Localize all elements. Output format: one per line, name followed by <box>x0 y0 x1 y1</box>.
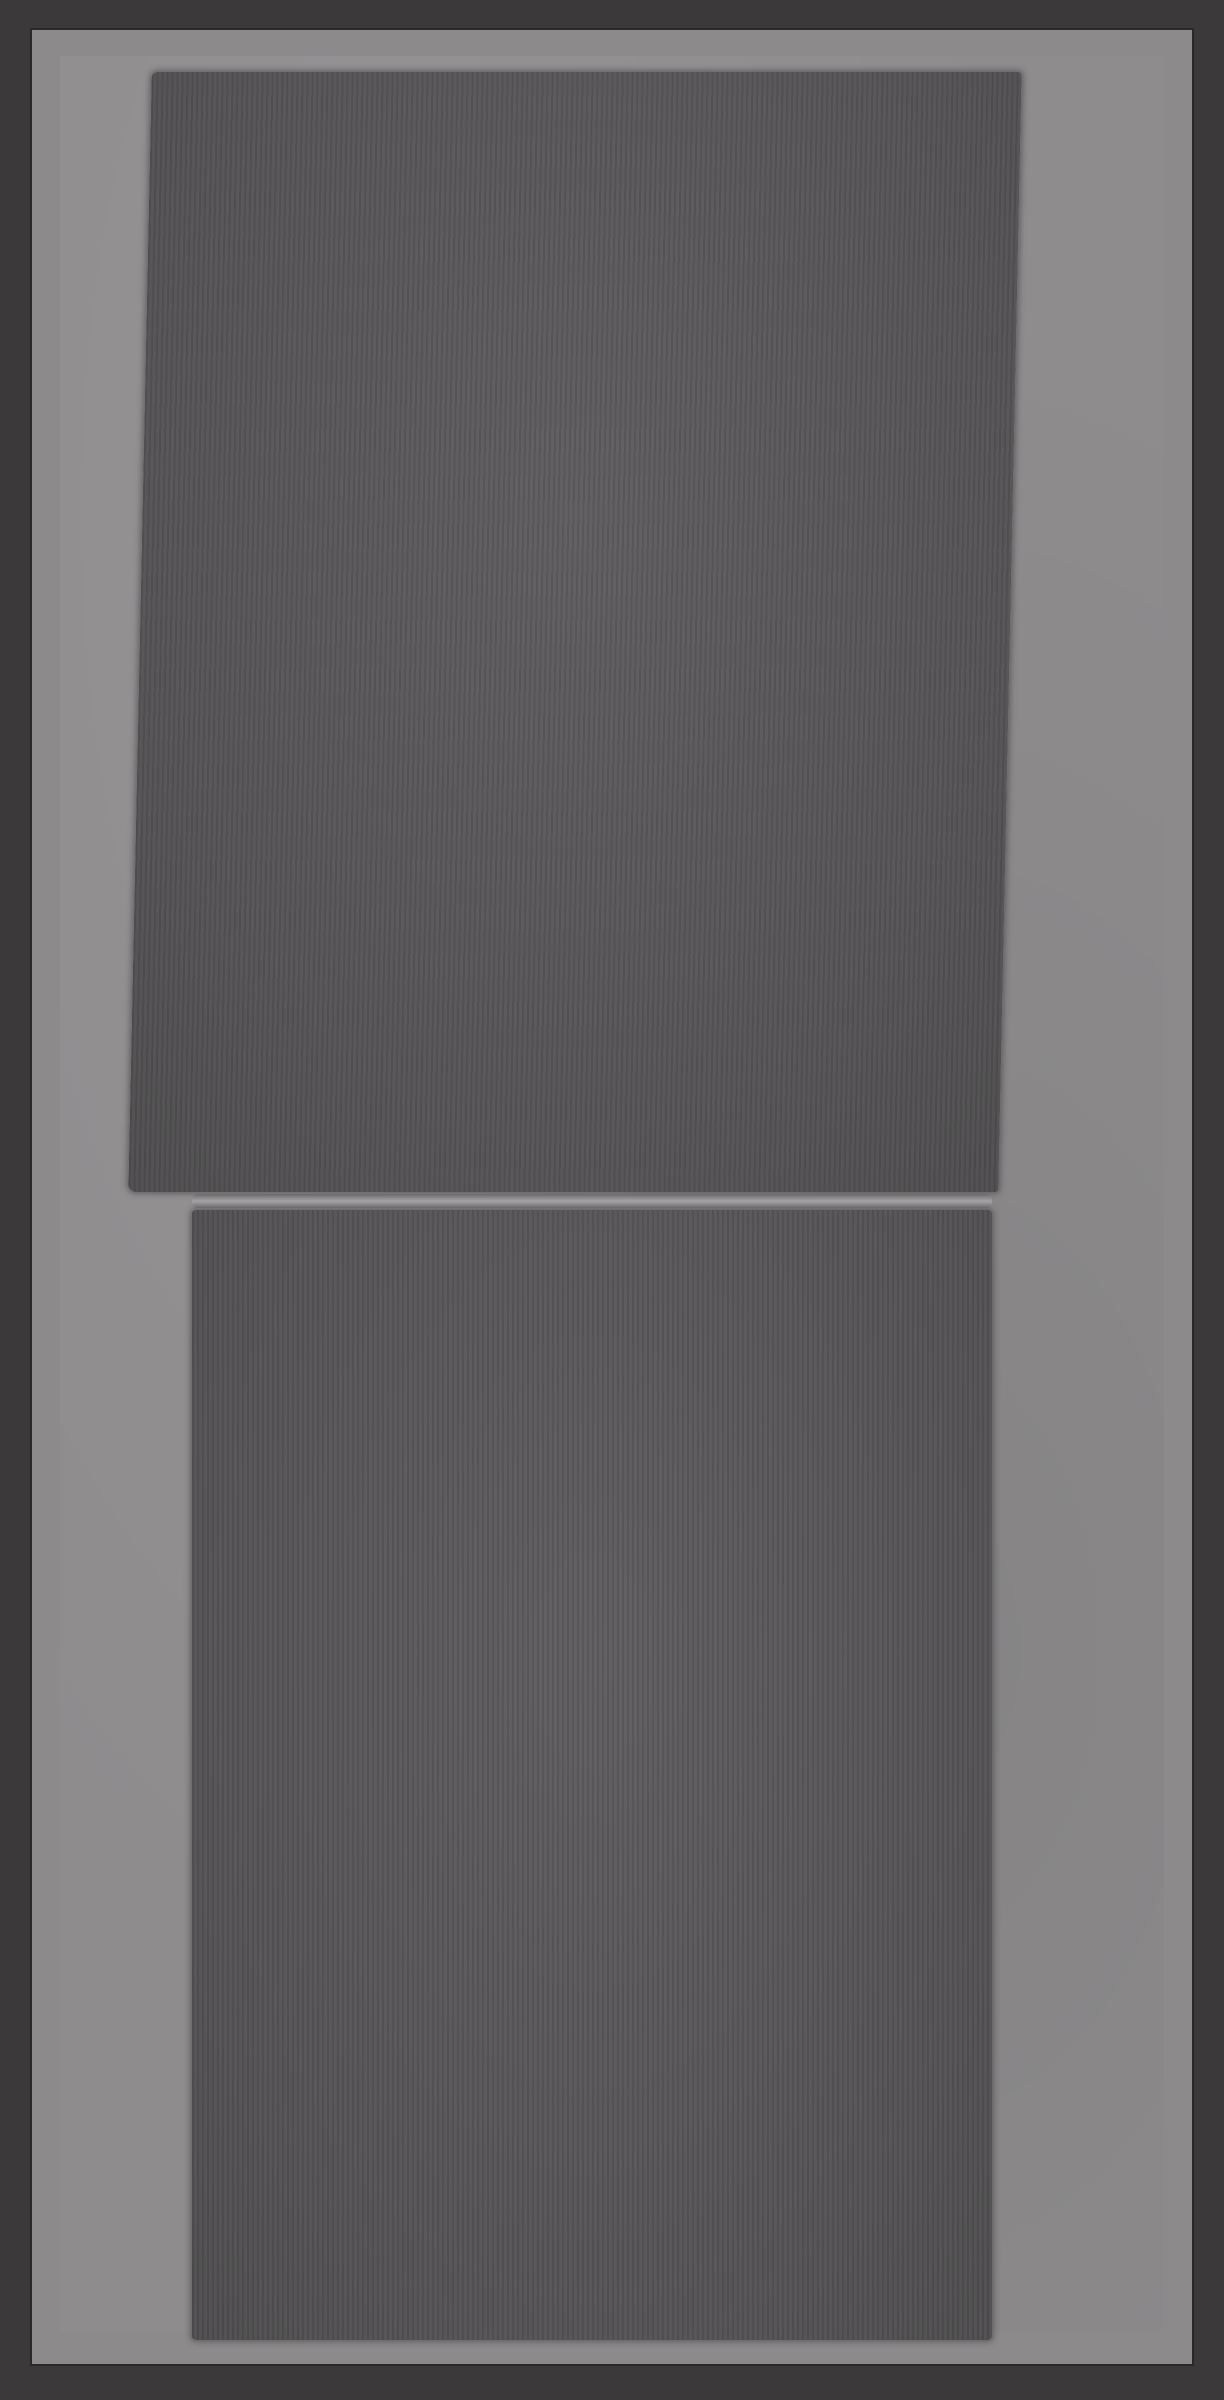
upper-dark-rectangle <box>128 72 1021 1192</box>
lower-dark-rectangle <box>192 1210 992 2340</box>
horizontal-seam <box>192 1194 992 1208</box>
